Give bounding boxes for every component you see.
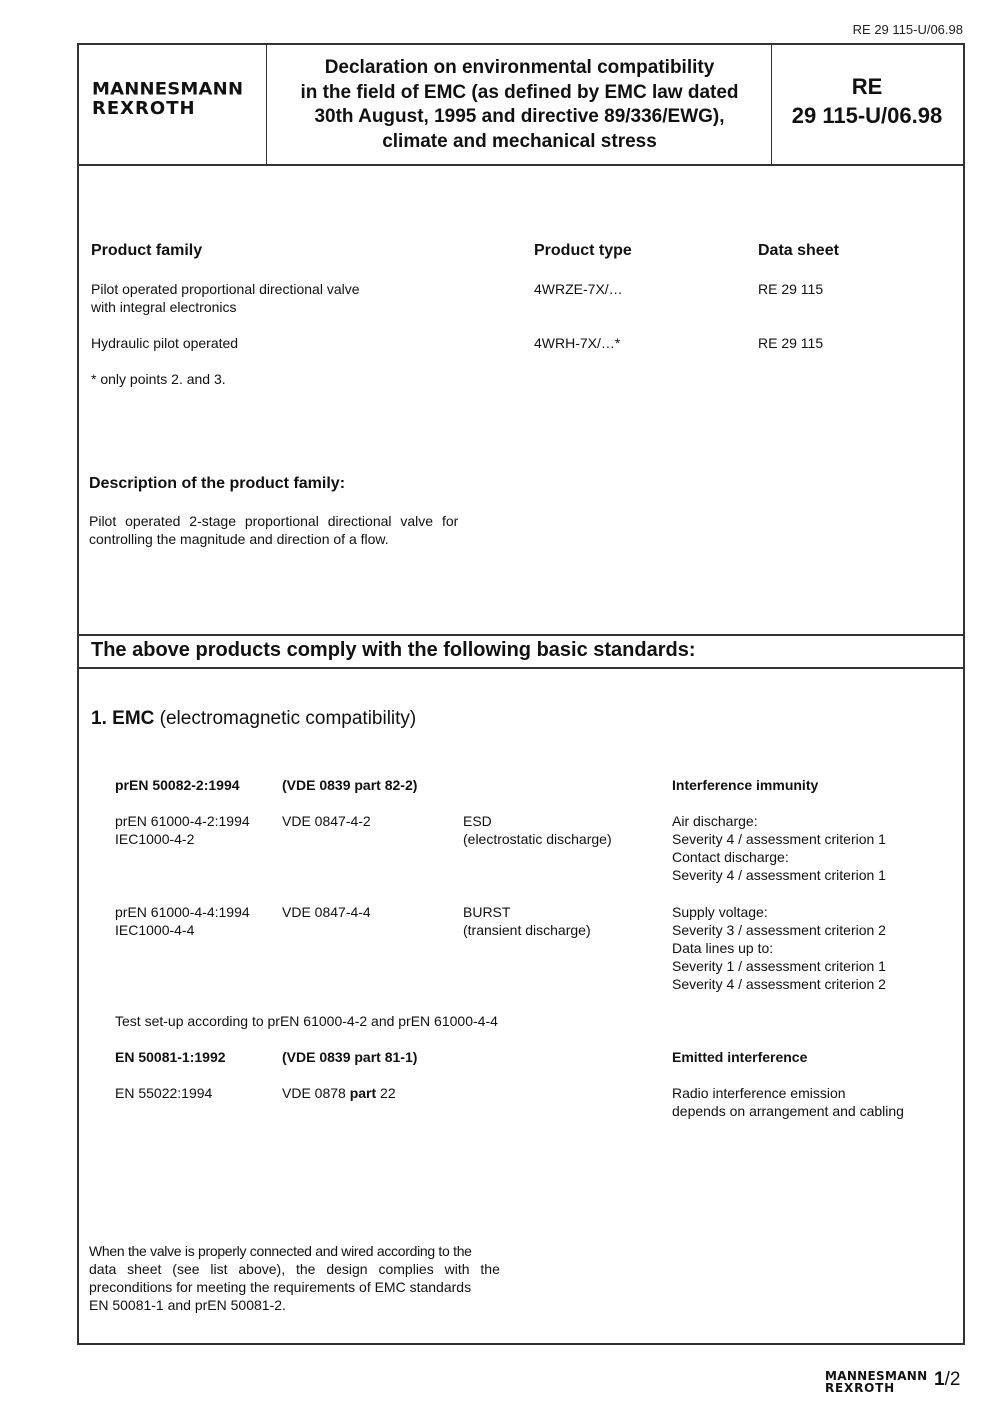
- product-row-sheet: RE 29 115: [758, 334, 823, 352]
- product-row-sheet: RE 29 115: [758, 280, 823, 298]
- product-row-family: Pilot operated proportional directional …: [91, 280, 360, 316]
- result-line: Contact discharge:: [672, 848, 886, 866]
- document-number: RE 29 115-U/06.98: [773, 72, 961, 130]
- section-subtitle: (electromagnetic compatibility): [160, 708, 417, 729]
- result-line: Supply voltage:: [672, 903, 886, 921]
- standard-line: IEC1000-4-4: [115, 921, 250, 939]
- type-line: ESD: [463, 812, 612, 830]
- document-reference-top: RE 29 115-U/06.98: [853, 22, 963, 37]
- page-number: 1/2: [934, 1369, 960, 1391]
- result-line: Air discharge:: [672, 812, 886, 830]
- immunity-standard: prEN 50082-2:1994: [115, 776, 240, 794]
- test-result: Supply voltage: Severity 3 / assessment …: [672, 903, 886, 993]
- result-line: Data lines up to:: [672, 939, 886, 957]
- emission-test-result: Radio interference emission depends on a…: [672, 1084, 904, 1120]
- header-divider: [79, 164, 963, 166]
- standard-line: IEC1000-4-2: [115, 830, 250, 848]
- title-line: in the field of EMC (as defined by EMC l…: [268, 81, 771, 106]
- conclusion-paragraph: When the valve is properly connected and…: [89, 1242, 505, 1314]
- section-number: 1.: [91, 708, 107, 729]
- vde-prefix: VDE 0878: [282, 1085, 350, 1101]
- test-result: Air discharge: Severity 4 / assessment c…: [672, 812, 886, 884]
- result-line: Radio interference emission: [672, 1084, 904, 1102]
- title-line: 30th August, 1995 and directive 89/336/E…: [268, 105, 771, 130]
- document-title: Declaration on environmental compatibili…: [268, 56, 771, 154]
- page-total: /2: [945, 1369, 961, 1390]
- result-line: Severity 3 / assessment criterion 2: [672, 921, 886, 939]
- company-logo: MANNESMANN REXROTH: [92, 80, 243, 118]
- doc-number-value: 29 115-U/06.98: [773, 101, 961, 130]
- product-row-type: 4WRH-7X/…*: [534, 334, 620, 352]
- page-current: 1: [934, 1369, 945, 1390]
- emission-test-standard: EN 55022:1994: [115, 1084, 212, 1102]
- conclusion-line: When the valve is properly connected and…: [89, 1242, 505, 1260]
- conclusion-line: data sheet (see list above), the design …: [89, 1260, 505, 1278]
- column-header-product-type: Product type: [534, 242, 632, 260]
- document-frame: [77, 43, 965, 1345]
- result-line: depends on arrangement and cabling: [672, 1102, 904, 1120]
- vde-suffix: 22: [376, 1085, 395, 1101]
- test-standard: prEN 61000-4-2:1994 IEC1000-4-2: [115, 812, 250, 848]
- footer-logo-line-2: REXROTH: [825, 1382, 927, 1394]
- test-vde: VDE 0847-4-4: [282, 903, 371, 921]
- conclusion-line: EN 50081-1 and prEN 50081-2.: [89, 1296, 505, 1314]
- product-row-type: 4WRZE-7X/…: [534, 280, 623, 298]
- emission-category: Emitted interference: [672, 1048, 807, 1066]
- emission-standard: EN 50081-1:1992: [115, 1048, 226, 1066]
- emission-vde: (VDE 0839 part 81-1): [282, 1048, 417, 1066]
- emc-section-heading: 1. EMC (electromagnetic compatibility): [91, 708, 416, 730]
- standards-band-heading: The above products comply with the follo…: [91, 639, 696, 662]
- doc-number-prefix: RE: [773, 72, 961, 101]
- description-heading: Description of the product family:: [89, 475, 345, 493]
- title-line: Declaration on environmental compatibili…: [268, 56, 771, 81]
- column-header-data-sheet: Data sheet: [758, 242, 839, 260]
- product-row-family: Hydraulic pilot operated: [91, 334, 238, 352]
- immunity-category: Interference immunity: [672, 776, 818, 794]
- test-setup-note: Test set-up according to prEN 61000-4-2 …: [115, 1012, 498, 1030]
- logo-line-2: REXROTH: [92, 99, 243, 118]
- column-header-product-family: Product family: [91, 242, 202, 260]
- type-line: (electrostatic discharge): [463, 830, 612, 848]
- family-line: with integral electronics: [91, 298, 360, 316]
- test-standard: prEN 61000-4-4:1994 IEC1000-4-4: [115, 903, 250, 939]
- title-line: climate and mechanical stress: [268, 130, 771, 155]
- description-line: Pilot operated 2-stage proportional dire…: [89, 512, 503, 530]
- standards-band-bottom: [79, 667, 963, 669]
- result-line: Severity 4 / assessment criterion 1: [672, 830, 886, 848]
- emission-test-vde: VDE 0878 part 22: [282, 1084, 396, 1102]
- header-divider-right: [771, 45, 772, 164]
- result-line: Severity 4 / assessment criterion 1: [672, 866, 886, 884]
- header-divider-left: [266, 45, 267, 164]
- immunity-vde: (VDE 0839 part 82-2): [282, 776, 417, 794]
- test-type: ESD (electrostatic discharge): [463, 812, 612, 848]
- result-line: Severity 1 / assessment criterion 1: [672, 957, 886, 975]
- description-line: controlling the magnitude and direction …: [89, 530, 389, 548]
- product-footnote: * only points 2. and 3.: [91, 370, 226, 388]
- conclusion-line: preconditions for meeting the requiremen…: [89, 1278, 505, 1296]
- footer-logo: MANNESMANN REXROTH: [825, 1370, 927, 1394]
- result-line: Severity 4 / assessment criterion 2: [672, 975, 886, 993]
- vde-part: part: [350, 1085, 376, 1101]
- type-line: (transient discharge): [463, 921, 591, 939]
- section-name: EMC: [112, 708, 154, 729]
- standards-band-top: [79, 634, 963, 636]
- standard-line: prEN 61000-4-2:1994: [115, 812, 250, 830]
- logo-line-1: MANNESMANN: [92, 80, 243, 98]
- type-line: BURST: [463, 903, 591, 921]
- test-vde: VDE 0847-4-2: [282, 812, 371, 830]
- family-line: Pilot operated proportional directional …: [91, 280, 360, 298]
- test-type: BURST (transient discharge): [463, 903, 591, 939]
- standard-line: prEN 61000-4-4:1994: [115, 903, 250, 921]
